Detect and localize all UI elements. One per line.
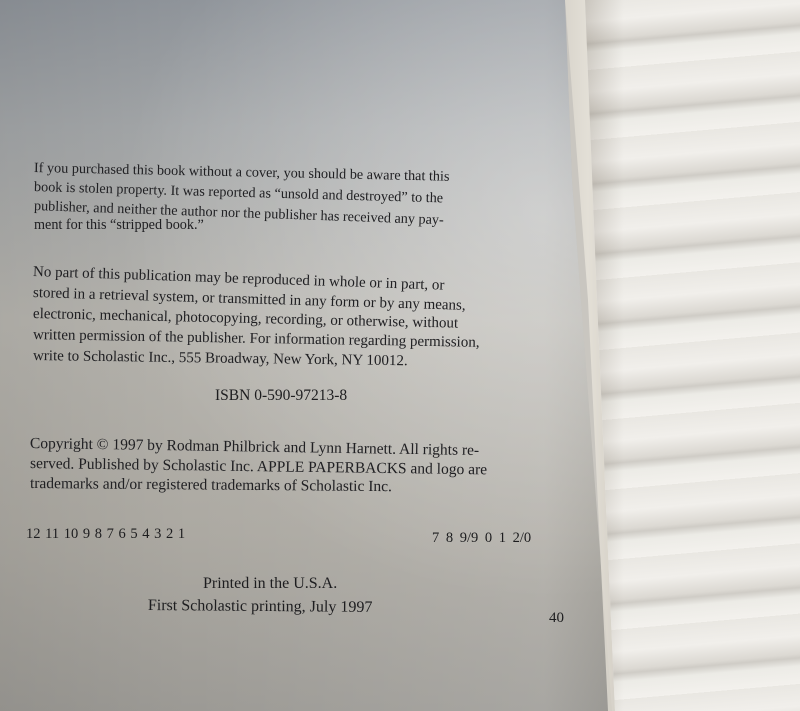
first-printing: First Scholastic printing, July 1997 [148,597,373,617]
right-page-blank [585,0,800,711]
isbn: ISBN 0-590-97213-8 [215,387,347,405]
printer-key-left: 12 11 10 9 8 7 6 5 4 3 2 1 [26,526,185,543]
reproduction-notice: No part of this publication may be repro… [33,262,480,367]
stripped-book-notice: If you purchased this book without a cov… [34,159,450,235]
printer-key-right: 7 8 9/9 0 1 2/0 [432,530,531,547]
photo-scene: If you purchased this book without a cov… [0,0,800,711]
page-number: 40 [549,610,564,627]
printed-in: Printed in the U.S.A. [203,575,337,593]
copyright-notice: Copyright © 1997 by Rodman Philbrick and… [30,434,487,494]
text-line: trademarks and/or registered trademarks … [30,474,487,498]
